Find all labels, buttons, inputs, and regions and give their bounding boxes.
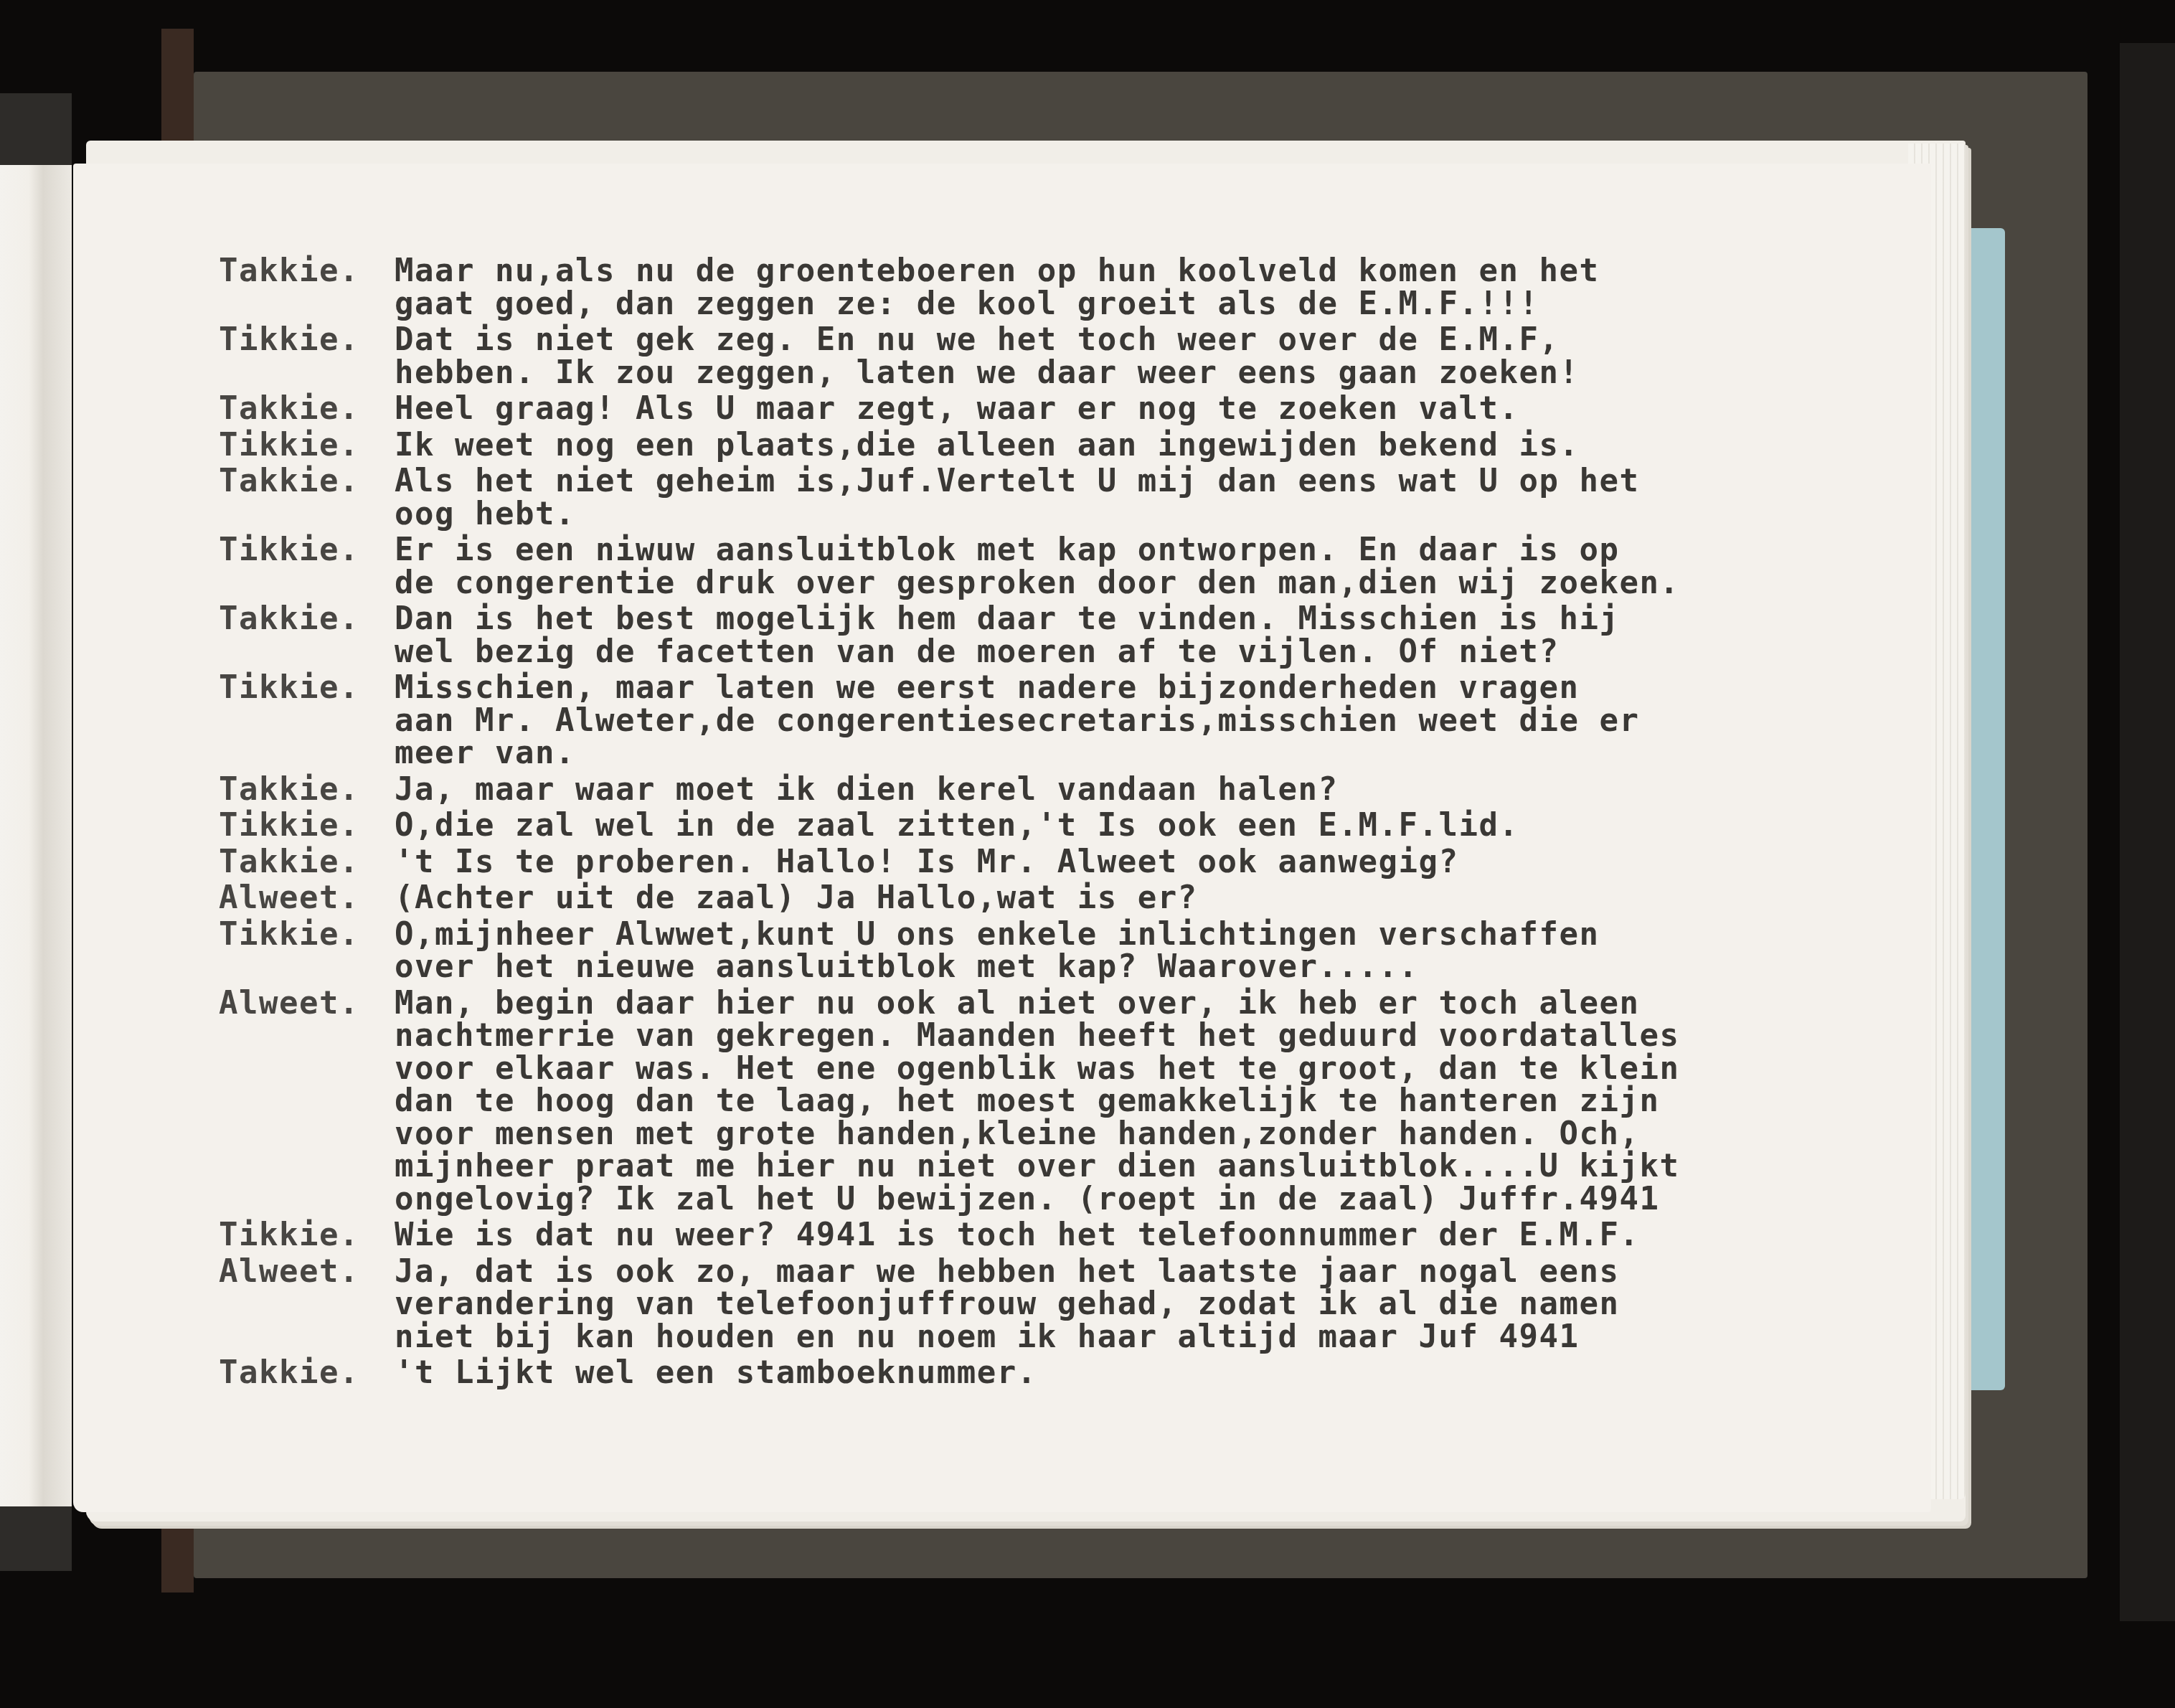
dialogue-lines: 't Lijkt wel een stamboeknummer. [395, 1357, 1869, 1389]
dialogue-lines: Als het niet geheim is,Juf.Vertelt U mij… [395, 465, 1869, 530]
blue-tab-divider [1962, 228, 2005, 1390]
speaker-name: Tikkie. [219, 324, 395, 389]
dialogue-line: Misschien, maar laten we eerst nadere bi… [395, 671, 1869, 704]
dialogue-line: voor elkaar was. Het ene ogenblik was he… [395, 1052, 1869, 1085]
dialogue-entry: Takkie.Als het niet geheim is,Juf.Vertel… [219, 465, 1869, 530]
speaker-name: Tikkie. [219, 534, 395, 599]
dialogue-entry: Tikkie.Er is een niwuw aansluitblok met … [219, 534, 1869, 599]
dialogue-lines: Dan is het best mogelijk hem daar te vin… [395, 603, 1869, 668]
dialogue-entry: Alweet.Ja, dat is ook zo, maar we hebben… [219, 1255, 1869, 1354]
dialogue-line: 't Is te proberen. Hallo! Is Mr. Alweet … [395, 846, 1869, 879]
dialogue-entry: Takkie.'t Is te proberen. Hallo! Is Mr. … [219, 846, 1869, 879]
dialogue-line: niet bij kan houden en nu noem ik haar a… [395, 1321, 1869, 1354]
speaker-name: Takkie. [219, 392, 395, 425]
dialogue-lines: Dat is niet gek zeg. En nu we het toch w… [395, 324, 1869, 389]
dialogue-entry: Takkie.Ja, maar waar moet ik dien kerel … [219, 773, 1869, 806]
speaker-name: Tikkie. [219, 429, 395, 462]
script-text: Takkie.Maar nu,als nu de groenteboeren o… [219, 255, 1869, 1393]
dialogue-lines: Misschien, maar laten we eerst nadere bi… [395, 671, 1869, 770]
dialogue-lines: O,mijnheer Alwwet,kunt U ons enkele inli… [395, 918, 1869, 983]
dialogue-line: dan te hoog dan te laag, het moest gemak… [395, 1085, 1869, 1118]
dialogue-line: hebben. Ik zou zeggen, laten we daar wee… [395, 357, 1869, 390]
dialogue-entry: Takkie.'t Lijkt wel een stamboeknummer. [219, 1357, 1869, 1389]
dialogue-line: Dan is het best mogelijk hem daar te vin… [395, 603, 1869, 636]
dialogue-line: Ja, maar waar moet ik dien kerel vandaan… [395, 773, 1869, 806]
dialogue-lines: Wie is dat nu weer? 4941 is toch het tel… [395, 1219, 1869, 1252]
speaker-name: Tikkie. [219, 809, 395, 842]
dialogue-entry: Tikkie.Ik weet nog een plaats,die alleen… [219, 429, 1869, 462]
dialogue-line: voor mensen met grote handen,kleine hand… [395, 1118, 1869, 1151]
dialogue-entry: Takkie.Dan is het best mogelijk hem daar… [219, 603, 1869, 668]
speaker-name: Takkie. [219, 773, 395, 806]
speaker-name: Takkie. [219, 1357, 395, 1389]
dialogue-line: Wie is dat nu weer? 4941 is toch het tel… [395, 1219, 1869, 1252]
dialogue-lines: 't Is te proberen. Hallo! Is Mr. Alweet … [395, 846, 1869, 879]
speaker-name: Tikkie. [219, 918, 395, 983]
dialogue-line: verandering van telefoonjuffrouw gehad, … [395, 1288, 1869, 1321]
dialogue-line: Dat is niet gek zeg. En nu we het toch w… [395, 324, 1869, 357]
dialogue-line: Maar nu,als nu de groenteboeren op hun k… [395, 255, 1869, 288]
dialogue-entry: Tikkie.Wie is dat nu weer? 4941 is toch … [219, 1219, 1869, 1252]
dialogue-line: aan Mr. Alweter,de congerentiesecretaris… [395, 704, 1869, 737]
speaker-name: Takkie. [219, 846, 395, 879]
dialogue-line: meer van. [395, 737, 1869, 770]
dialogue-line: oog hebt. [395, 498, 1869, 531]
dialogue-line: O,mijnheer Alwwet,kunt U ons enkele inli… [395, 918, 1869, 951]
dialogue-entry: Takkie.Maar nu,als nu de groenteboeren o… [219, 255, 1869, 320]
speaker-name: Takkie. [219, 465, 395, 530]
dialogue-line: Ik weet nog een plaats,die alleen aan in… [395, 429, 1869, 462]
speaker-name: Alweet. [219, 1255, 395, 1354]
dialogue-line: Als het niet geheim is,Juf.Vertelt U mij… [395, 465, 1869, 498]
dialogue-lines: Maar nu,als nu de groenteboeren op hun k… [395, 255, 1869, 320]
dialogue-lines: Ja, dat is ook zo, maar we hebben het la… [395, 1255, 1869, 1354]
dialogue-lines: Er is een niwuw aansluitblok met kap ont… [395, 534, 1869, 599]
speaker-name: Tikkie. [219, 1219, 395, 1252]
dialogue-line: Man, begin daar hier nu ook al niet over… [395, 987, 1869, 1020]
dialogue-entry: Alweet.Man, begin daar hier nu ook al ni… [219, 987, 1869, 1216]
dialogue-line: (Achter uit de zaal) Ja Hallo,wat is er? [395, 882, 1869, 915]
dialogue-entry: Tikkie.Dat is niet gek zeg. En nu we het… [219, 324, 1869, 389]
dialogue-entry: Tikkie.O,mijnheer Alwwet,kunt U ons enke… [219, 918, 1869, 983]
dialogue-entry: Tikkie.Misschien, maar laten we eerst na… [219, 671, 1869, 770]
dialogue-lines: O,die zal wel in de zaal zitten,'t Is oo… [395, 809, 1869, 842]
dialogue-line: 't Lijkt wel een stamboeknummer. [395, 1357, 1869, 1389]
dialogue-entry: Takkie.Heel graag! Als U maar zegt, waar… [219, 392, 1869, 425]
dialogue-entry: Tikkie.O,die zal wel in de zaal zitten,'… [219, 809, 1869, 842]
left-page-edge [0, 165, 72, 1506]
dialogue-lines: Ik weet nog een plaats,die alleen aan in… [395, 429, 1869, 462]
dialogue-entry: Alweet.(Achter uit de zaal) Ja Hallo,wat… [219, 882, 1869, 915]
dialogue-line: de congerentie druk over gesproken door … [395, 567, 1869, 600]
dialogue-line: nachtmerrie van gekregen. Maanden heeft … [395, 1019, 1869, 1052]
dialogue-line: O,die zal wel in de zaal zitten,'t Is oo… [395, 809, 1869, 842]
dialogue-line: over het nieuwe aansluitblok met kap? Wa… [395, 950, 1869, 983]
dialogue-line: mijnheer praat me hier nu niet over dien… [395, 1150, 1869, 1183]
dialogue-line: wel bezig de facetten van de moeren af t… [395, 636, 1869, 669]
speaker-name: Tikkie. [219, 671, 395, 770]
dialogue-lines: Heel graag! Als U maar zegt, waar er nog… [395, 392, 1869, 425]
dialogue-line: ongelovig? Ik zal het U bewijzen. (roept… [395, 1183, 1869, 1216]
dialogue-line: Er is een niwuw aansluitblok met kap ont… [395, 534, 1869, 567]
speaker-name: Takkie. [219, 603, 395, 668]
dialogue-line: gaat goed, dan zeggen ze: de kool groeit… [395, 288, 1869, 321]
dialogue-line: Ja, dat is ook zo, maar we hebben het la… [395, 1255, 1869, 1288]
cover-edge [2120, 43, 2175, 1621]
speaker-name: Alweet. [219, 882, 395, 915]
speaker-name: Takkie. [219, 255, 395, 320]
dialogue-lines: Ja, maar waar moet ik dien kerel vandaan… [395, 773, 1869, 806]
dialogue-line: Heel graag! Als U maar zegt, waar er nog… [395, 392, 1869, 425]
speaker-name: Alweet. [219, 987, 395, 1216]
dialogue-lines: (Achter uit de zaal) Ja Hallo,wat is er? [395, 882, 1869, 915]
dialogue-lines: Man, begin daar hier nu ook al niet over… [395, 987, 1869, 1216]
